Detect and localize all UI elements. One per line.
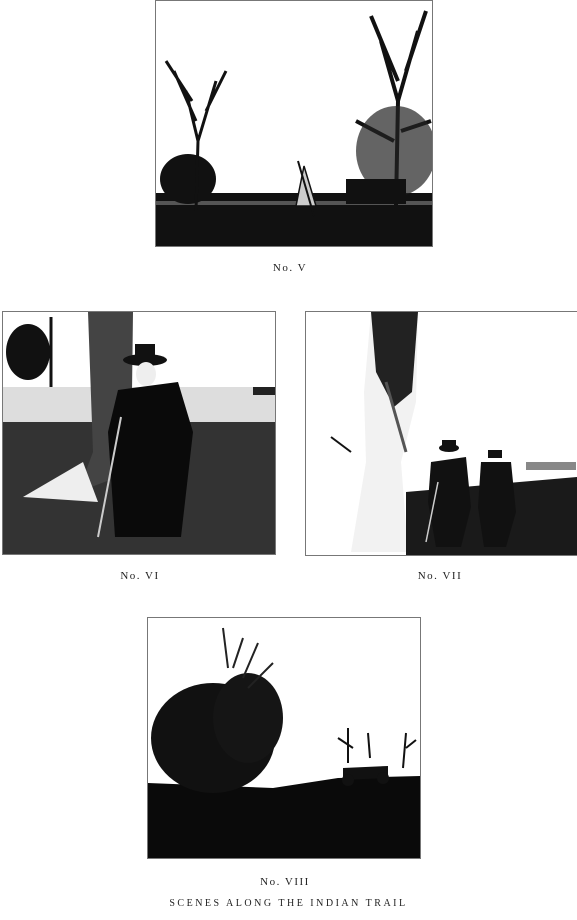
caption-no-v: No. V xyxy=(250,262,330,274)
caption-no-viii: No. VIII xyxy=(240,876,330,888)
photo-image xyxy=(156,1,432,246)
photo-no-viii xyxy=(147,617,421,859)
photo-image xyxy=(3,312,275,554)
caption-no-vi: No. VI xyxy=(100,570,180,582)
photo-no-v xyxy=(155,0,433,247)
photo-image xyxy=(148,618,420,858)
photo-no-vi xyxy=(2,311,276,555)
photo-no-vii xyxy=(305,311,577,556)
caption-no-vii: No. VII xyxy=(400,570,480,582)
plate-title: SCENES ALONG THE INDIAN TRAIL xyxy=(0,898,577,909)
photo-image xyxy=(306,312,577,555)
